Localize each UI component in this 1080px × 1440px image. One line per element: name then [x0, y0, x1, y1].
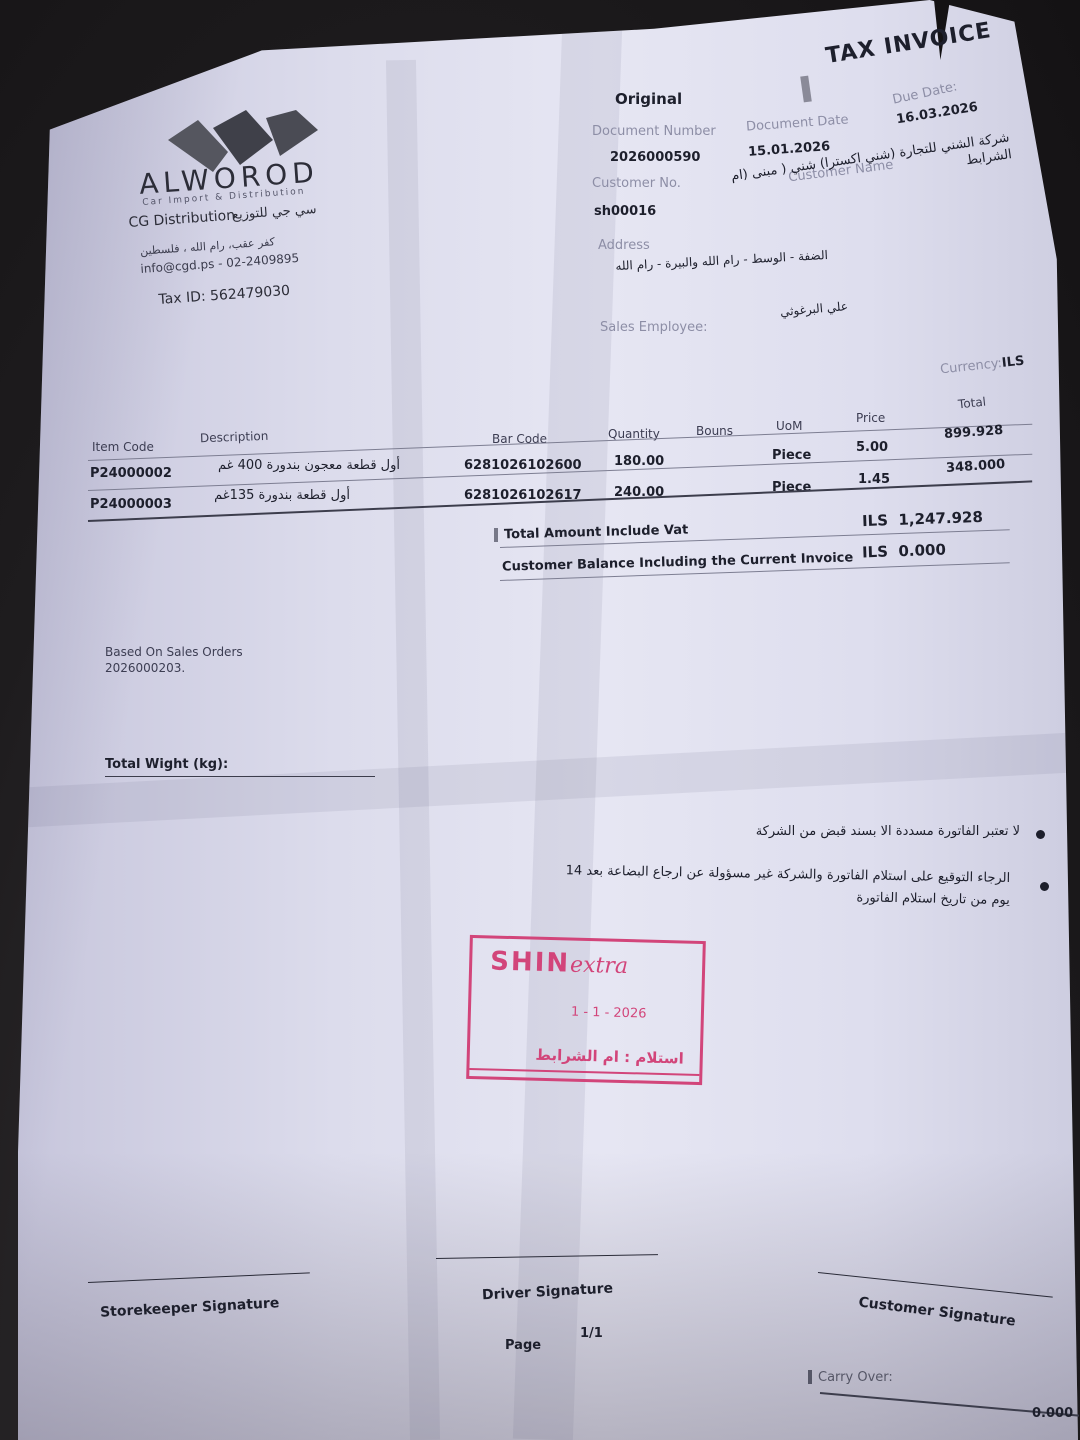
- bullet-icon: [1036, 830, 1045, 839]
- stamp-received-text: استلام : ام الشرابط: [494, 1045, 684, 1068]
- cell-quantity: 180.00: [614, 454, 664, 469]
- stamp-brand-script: extra: [570, 953, 629, 980]
- carry-over-accent-bar: [808, 1370, 812, 1384]
- currency-value: ILS: [1001, 354, 1025, 371]
- cell-description: أول قطعة معجون بندورة 400 غم: [200, 458, 400, 473]
- document-number: 2026000590: [610, 150, 700, 165]
- col-uom: UoM: [776, 419, 802, 433]
- balance-value: 0.000: [898, 541, 946, 561]
- term-1: لا تعتبر الفاتورة مسددة الا بسند قبض من …: [640, 824, 1020, 839]
- col-price: Price: [856, 411, 885, 425]
- page-number: 1/1: [580, 1326, 603, 1341]
- received-stamp: SHINextra 1 - 1 - 2026 استلام : ام الشرا…: [466, 935, 706, 1085]
- copy-type: Original: [615, 90, 682, 108]
- carry-over-value: 0.000: [1032, 1406, 1073, 1421]
- cell-price: 5.00: [856, 440, 888, 455]
- cell-item-code: P24000002: [90, 466, 172, 481]
- address-label: Address: [598, 238, 650, 253]
- based-on-label: Based On Sales Orders: [105, 644, 243, 660]
- stamp-brand-name: SHIN: [490, 946, 571, 978]
- cell-price: 1.45: [858, 472, 890, 487]
- sales-employee-label: Sales Employee:: [600, 320, 708, 335]
- carry-over-label: Carry Over:: [818, 1370, 893, 1385]
- based-on-sales-orders: Based On Sales Orders 2026000203.: [105, 644, 243, 676]
- based-on-value: 2026000203.: [105, 660, 243, 676]
- stamp-brand: SHINextra: [490, 946, 629, 980]
- cell-uom: Piece: [772, 448, 811, 463]
- stamp-date: 1 - 1 - 2026: [571, 1005, 647, 1022]
- col-item-code: Item Code: [92, 440, 154, 454]
- bullet-icon: [1040, 882, 1049, 891]
- document-number-label: Document Number: [592, 124, 716, 139]
- balance-amount: ILS 0.000: [862, 541, 946, 562]
- cell-item-code: P24000003: [90, 497, 172, 512]
- total-currency: ILS: [862, 511, 889, 530]
- total-weight-line: [105, 776, 375, 777]
- stamp-divider: [469, 1068, 699, 1076]
- customer-no: sh00016: [594, 204, 656, 219]
- customer-no-label: Customer No.: [592, 176, 681, 191]
- cell-description: أول قطعة بندورة 135غم: [200, 488, 350, 503]
- total-value: 1,247.928: [898, 508, 983, 529]
- term-2: الرجاء التوقيع على استلام الفاتورة والشر…: [550, 860, 1011, 912]
- col-description: Description: [200, 429, 269, 445]
- tax-id-label: Tax ID:: [158, 289, 206, 308]
- page-label: Page: [505, 1338, 541, 1353]
- paper-crease: [386, 60, 440, 1440]
- total-weight-label: Total Wight (kg):: [105, 757, 228, 772]
- balance-currency: ILS: [862, 543, 889, 562]
- summary-accent-bar: [494, 528, 498, 542]
- col-total: Total: [957, 395, 986, 412]
